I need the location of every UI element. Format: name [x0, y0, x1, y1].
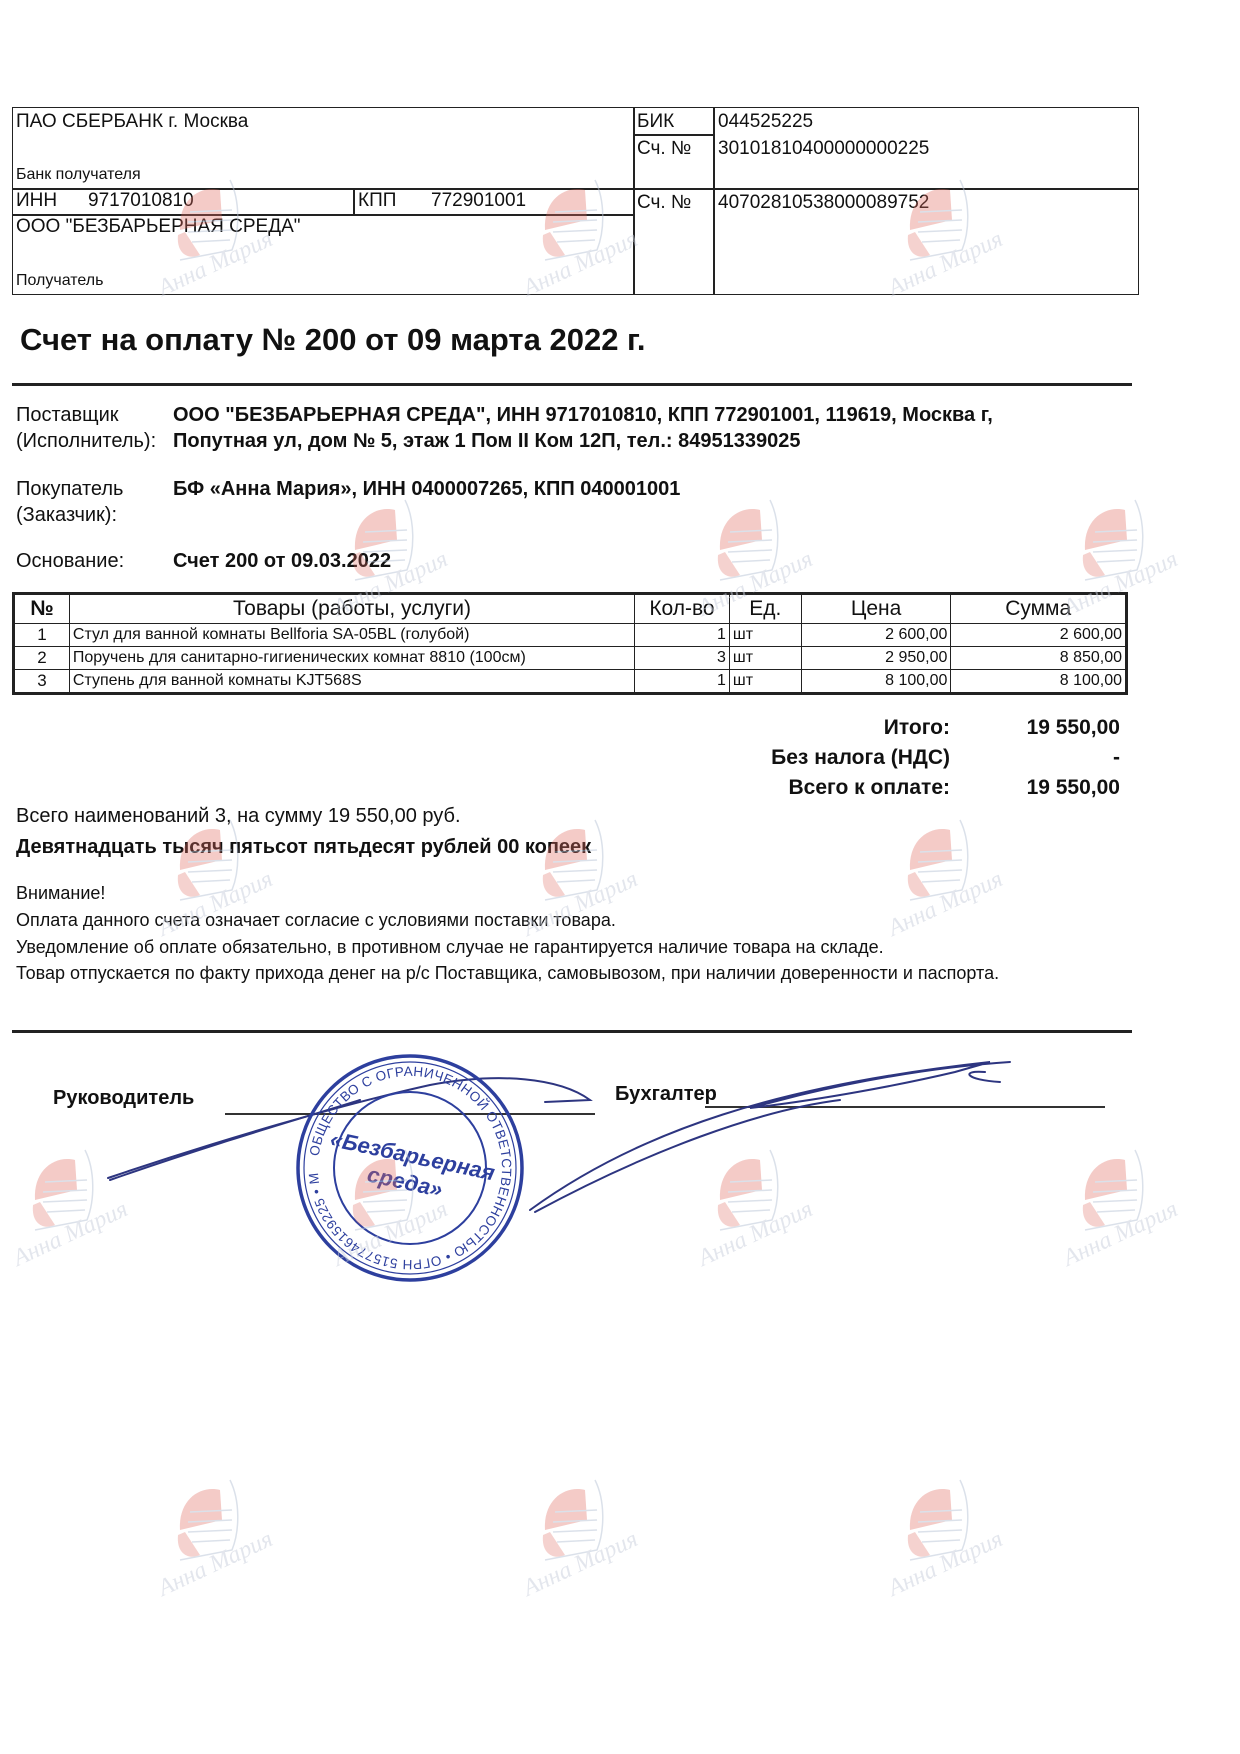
company-stamp: ОБЩЕСТВО С ОГРАНИЧЕННОЙ ОТВЕТСТВЕННОСТЬЮ… — [290, 1048, 530, 1288]
signature-scribbles — [0, 0, 1240, 1754]
